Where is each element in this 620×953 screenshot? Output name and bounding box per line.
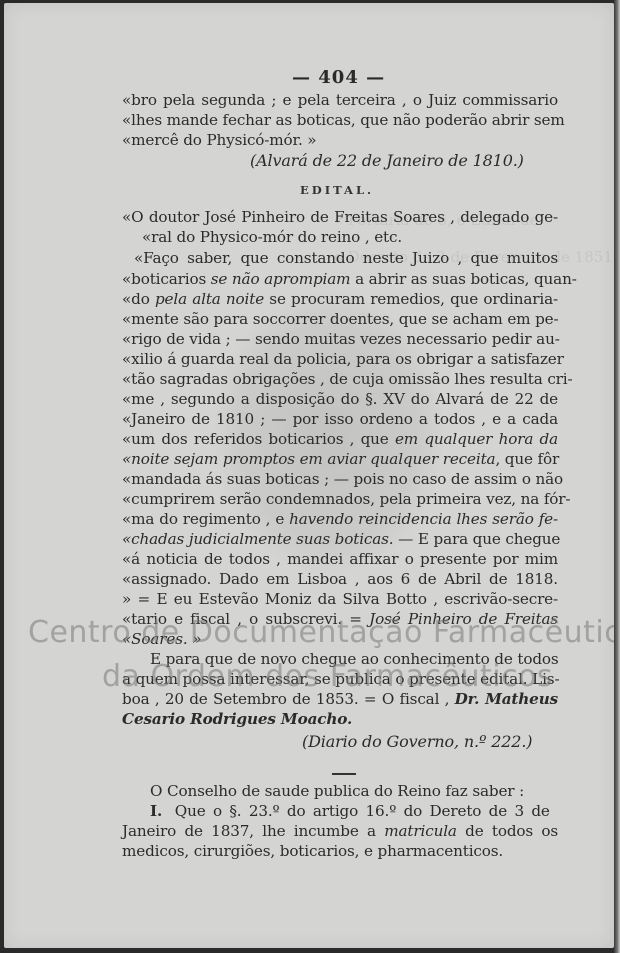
text-line: «tão sagradas obrigações , de cuja omiss… bbox=[122, 369, 558, 389]
numbered-item: I. Que o §. 23.º do artigo 16.º do Deret… bbox=[150, 801, 558, 821]
text-line: «um dos referidos boticarios , que em qu… bbox=[122, 429, 558, 449]
italic-phrase: em qualquer hora da bbox=[395, 430, 558, 448]
italic-phrase: «chadas judicialmente suas boticas. bbox=[122, 530, 393, 548]
italic-phrase: havendo reincidencia lhes serão fe- bbox=[289, 510, 558, 528]
page-number: — 404 — bbox=[292, 67, 385, 88]
text-line: «á noticia de todos , mandei affixar o p… bbox=[122, 549, 558, 569]
item-number: I. bbox=[150, 802, 162, 820]
text-line: «noite sejam promptos em aviar qualquer … bbox=[122, 449, 558, 469]
book-spine-edge bbox=[614, 0, 620, 953]
section-heading-edital: EDITAL. bbox=[300, 183, 374, 197]
text-line: O Conselho de saude publica do Reino faz… bbox=[150, 781, 524, 801]
text-line: «ma do regimento , e havendo reincidenci… bbox=[122, 509, 558, 529]
text-line: «lhes mande fechar as boticas, que não p… bbox=[122, 110, 558, 130]
italic-phrase: pela alta noite bbox=[155, 290, 264, 308]
signatory-name: Cesario Rodrigues Moacho. bbox=[122, 710, 352, 728]
text-line: «xilio á guarda real da policia, para os… bbox=[122, 349, 558, 369]
scanned-page: « Portaria de 6, e Edital de o Decreto d… bbox=[4, 3, 614, 948]
text-line: » = E eu Estevão Moniz da Silva Botto , … bbox=[122, 589, 558, 609]
italic-phrase: matricula bbox=[384, 822, 457, 840]
watermark-line-2: da Ordem dos Farmacêuticos bbox=[102, 659, 553, 694]
watermark-line-1: Centro de Documentação Farmacêutica bbox=[28, 615, 614, 650]
text-line: «rigo de vida ; — sendo muitas vezes nec… bbox=[122, 329, 558, 349]
text-line: Janeiro de 1837, lhe incumbe a matricula… bbox=[122, 821, 558, 841]
text-line: «mercê do Physicó-mór. » bbox=[122, 130, 316, 150]
text-line: «mente são para soccorrer doentes, que s… bbox=[122, 309, 558, 329]
text-line: «assignado. Dado em Lisboa , aos 6 de Ab… bbox=[122, 569, 558, 589]
text-line: «Janeiro de 1810 ; — por isso ordeno a t… bbox=[122, 409, 558, 429]
text-line: «cumprirem serão condemnados, pela prime… bbox=[122, 489, 558, 509]
text-line: «mandada ás suas boticas ; — pois no cas… bbox=[122, 469, 558, 489]
section-divider bbox=[332, 773, 356, 775]
text-line: «chadas judicialmente suas boticas. — E … bbox=[122, 529, 558, 549]
text-line: «me , segundo a disposição do §. XV do A… bbox=[122, 389, 558, 409]
text-line: «do pela alta noite se procuram remedios… bbox=[122, 289, 558, 309]
citation-diario: (Diario do Governo, n.º 222.) bbox=[302, 732, 532, 752]
text-line: «O doutor José Pinheiro de Freitas Soare… bbox=[122, 207, 558, 227]
text-line: Cesario Rodrigues Moacho. bbox=[122, 709, 352, 729]
text-line: medicos, cirurgiões, boticarios, e pharm… bbox=[122, 841, 503, 861]
text-line: «ral do Physico-mór do reino , etc. bbox=[142, 227, 402, 247]
citation-alvara: (Alvará de 22 de Janeiro de 1810.) bbox=[250, 151, 524, 171]
text-line: «Faço saber, que constando neste Juizo ,… bbox=[134, 248, 558, 268]
italic-phrase: se não aprompiam bbox=[211, 270, 351, 288]
text-line: «bro pela segunda ; e pela terceira , o … bbox=[122, 90, 558, 110]
italic-phrase: «noite sejam promptos em aviar qualquer … bbox=[122, 450, 495, 468]
text-line: «boticarios se não aprompiam a abrir as … bbox=[122, 269, 558, 289]
